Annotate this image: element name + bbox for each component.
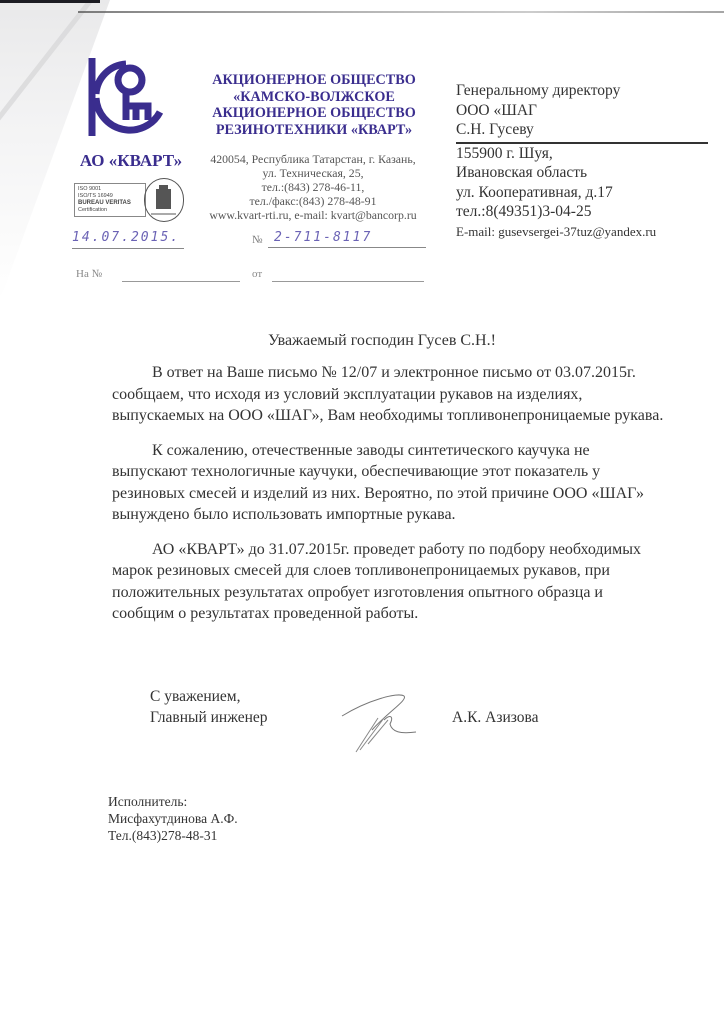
reference-date-blank (272, 281, 424, 282)
text-line: резиновых смесей и изделий из них. Вероя… (112, 483, 712, 505)
signer-name: А.К. Азизова (452, 709, 539, 727)
signature-icon (338, 690, 438, 760)
addressee-name: С.Н. Гусеву (456, 120, 708, 140)
addressee-street: ул. Кооперативная, д.17 (456, 183, 708, 203)
company-full-name: АКЦИОНЕРНОЕ ОБЩЕСТВО «КАМСКО-ВОЛЖСКОЕ АК… (198, 72, 430, 138)
paragraph-3: АО «КВАРТ» до 31.07.2015г. проведет рабо… (112, 539, 712, 625)
executor-label: Исполнитель: (108, 793, 238, 810)
paragraph-1: В ответ на Ваше письмо № 12/07 и электро… (112, 362, 712, 427)
cert-brand: BUREAU VERITAS (78, 200, 142, 207)
executor-block: Исполнитель: Мисфахутдинова А.Ф. Тел.(84… (108, 793, 238, 844)
signer-position: Главный инженер (150, 707, 268, 728)
executor-phone: Тел.(843)278-48-31 (108, 827, 238, 844)
text-line: выпускаемых на ООО «ШАГ», Вам необходимы… (112, 405, 712, 427)
company-contacts: 420054, Республика Татарстан, г. Казань,… (196, 152, 430, 222)
company-fax: тел./факс:(843) 278-48-91 (196, 194, 430, 208)
company-short-name: АО «КВАРТ» (72, 151, 190, 171)
addressee-block: Генеральному директору ООО «ШАГ С.Н. Гус… (456, 81, 708, 241)
salutation: Уважаемый господин Гусев С.Н.! (0, 332, 724, 350)
company-web-email: www.kvart-rti.ru, e-mail: kvart@bancorp.… (196, 208, 430, 222)
text-line: марок резиновых смесей для слоев топливо… (112, 560, 712, 582)
outgoing-number-handwritten: 2-711-8117 (268, 230, 426, 248)
executor-name: Мисфахутдинова А.Ф. (108, 810, 238, 827)
cert-standard: ISO 9001 (78, 186, 142, 193)
cert-standard: ISO/TS 16949 (78, 193, 142, 200)
scan-top-shadow (0, 0, 100, 3)
text-line: К сожалению, отечественные заводы синтет… (112, 440, 712, 462)
cert-sub: Certification (78, 207, 142, 214)
addressee-company: ООО «ШАГ (456, 101, 708, 121)
addressee-city: 155900 г. Шуя, (456, 144, 708, 164)
reference-date-label: от (252, 268, 262, 280)
company-name-line: АКЦИОНЕРНОЕ ОБЩЕСТВО (198, 72, 430, 89)
text-line: положительных результатах опробует изгот… (112, 582, 712, 604)
company-logo-icon (86, 54, 166, 138)
outgoing-number-label: № (252, 234, 263, 246)
text-line: выпускают технологичные каучуки, обеспеч… (112, 461, 712, 483)
text-line: сообщаем, что исходя из условий эксплуат… (112, 384, 712, 406)
reference-number-label: На № (76, 268, 102, 280)
company-street: ул. Техническая, 25, (196, 166, 430, 180)
text-line: В ответ на Ваше письмо № 12/07 и электро… (112, 362, 712, 384)
company-address: 420054, Республика Татарстан, г. Казань, (196, 152, 430, 166)
company-name-line: «КАМСКО-ВОЛЖСКОЕ (198, 89, 430, 106)
company-name-line: АКЦИОНЕРНОЕ ОБЩЕСТВО (198, 105, 430, 122)
addressee-phone: тел.:8(49351)3-04-25 (456, 202, 708, 222)
certification-box: ISO 9001 ISO/TS 16949 BUREAU VERITAS Cer… (74, 183, 146, 217)
text-line: вынуждено было использовать импортные ру… (112, 504, 712, 526)
letter-body: В ответ на Ваше письмо № 12/07 и электро… (112, 362, 712, 638)
text-line: АО «КВАРТ» до 31.07.2015г. проведет рабо… (112, 539, 712, 561)
closing-phrase: С уважением, (150, 686, 268, 707)
paragraph-2: К сожалению, отечественные заводы синтет… (112, 440, 712, 526)
addressee-position: Генеральному директору (456, 81, 708, 101)
outgoing-date-handwritten: 14.07.2015. (72, 230, 184, 249)
addressee-region: Ивановская область (456, 163, 708, 183)
company-phone: тел.:(843) 278-46-11, (196, 180, 430, 194)
addressee-recipient: Генеральному директору ООО «ШАГ С.Н. Гус… (456, 81, 708, 144)
text-line: сообщим о результатах проведенной работы… (112, 603, 712, 625)
addressee-email: E-mail: gusevsergei-37tuz@yandex.ru (456, 222, 708, 242)
company-name-line: РЕЗИНОТЕХНИКИ «КВАРТ» (198, 122, 430, 139)
bureau-veritas-seal-icon (144, 178, 184, 222)
reference-number-blank (122, 281, 240, 282)
closing-block: С уважением, Главный инженер (150, 686, 268, 728)
certification-badge: ISO 9001 ISO/TS 16949 BUREAU VERITAS Cer… (74, 178, 186, 222)
scan-top-edge (78, 11, 724, 13)
